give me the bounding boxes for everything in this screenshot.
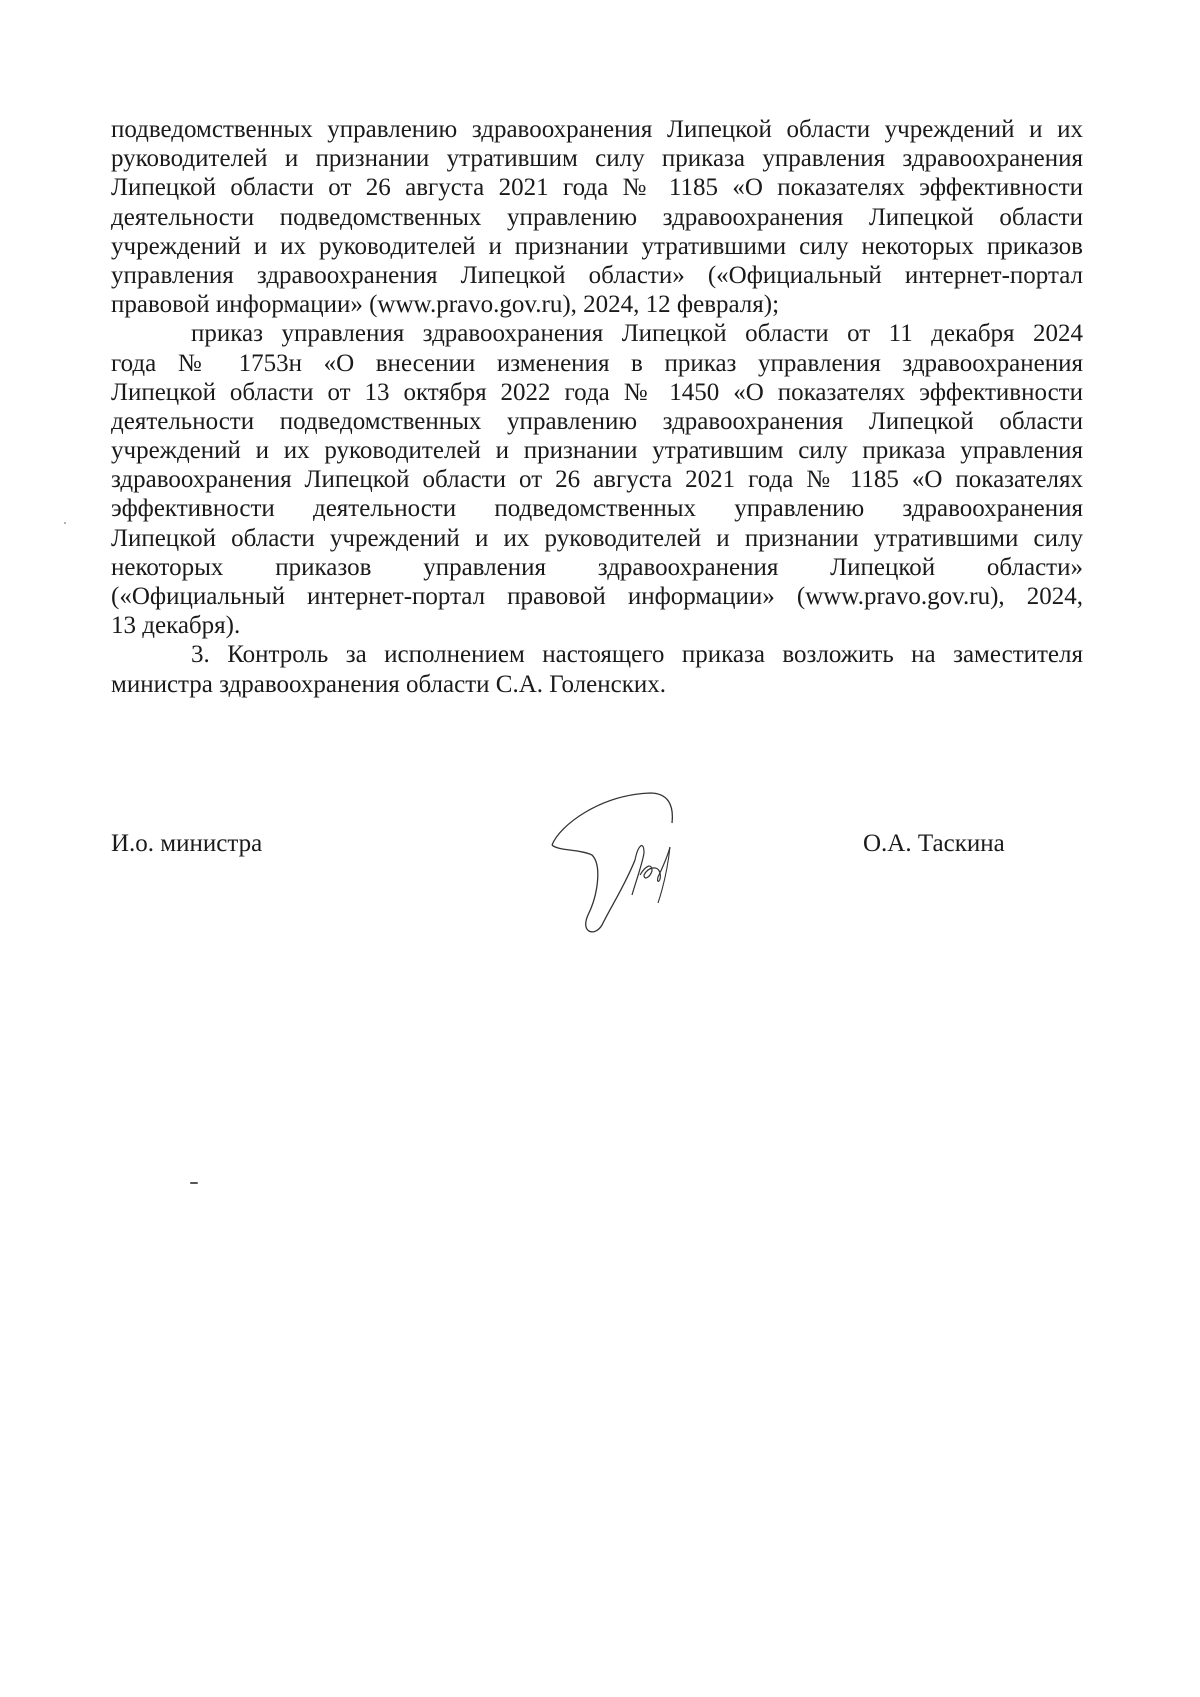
text-line: 13 декабря).	[111, 611, 1083, 640]
document-page: подведомственных управлению здравоохране…	[0, 0, 1200, 1697]
text-line: Липецкой области учреждений и их руковод…	[111, 524, 1083, 553]
document-body: подведомственных управлению здравоохране…	[111, 115, 1083, 699]
text-line: учреждений и их руководителей и признани…	[111, 436, 1083, 465]
text-line: года № 1753н «О внесении изменения в при…	[111, 349, 1083, 378]
text-line: управления здравоохранения Липецкой обла…	[111, 261, 1083, 290]
text-line: правовой информации» (www.pravo.gov.ru),…	[111, 290, 1083, 319]
text-line: здравоохранения Липецкой области от 26 а…	[111, 465, 1083, 494]
text-line: 3. Контроль за исполнением настоящего пр…	[111, 640, 1083, 669]
paragraph-3: 3. Контроль за исполнением настоящего пр…	[111, 640, 1083, 698]
text-line: эффективности деятельности подведомствен…	[111, 494, 1083, 523]
text-line: Липецкой области от 26 августа 2021 года…	[111, 173, 1083, 202]
signer-role: И.о. министра	[111, 830, 262, 858]
text-line: некоторых приказов управления здравоохра…	[111, 553, 1083, 582]
paragraph-1: подведомственных управлению здравоохране…	[111, 115, 1083, 319]
text-line: Липецкой области от 13 октября 2022 года…	[111, 378, 1083, 407]
text-line: приказ управления здравоохранения Липецк…	[111, 319, 1083, 348]
text-line: деятельности подведомственных управлению…	[111, 407, 1083, 436]
signature-icon	[540, 785, 690, 945]
text-line: подведомственных управлению здравоохране…	[111, 115, 1083, 144]
text-line: руководителей и признании утратившим сил…	[111, 144, 1083, 173]
paragraph-2: приказ управления здравоохранения Липецк…	[111, 319, 1083, 640]
scan-speck	[64, 522, 66, 524]
scan-speck	[190, 1182, 198, 1184]
text-line: деятельности подведомственных управлению…	[111, 203, 1083, 232]
text-line: («Официальный интернет-портал правовой и…	[111, 582, 1083, 611]
signer-name: О.А. Таскина	[863, 830, 1005, 858]
text-line: учреждений и их руководителей и признани…	[111, 232, 1083, 261]
text-line: министра здравоохранения области С.А. Го…	[111, 670, 1083, 699]
